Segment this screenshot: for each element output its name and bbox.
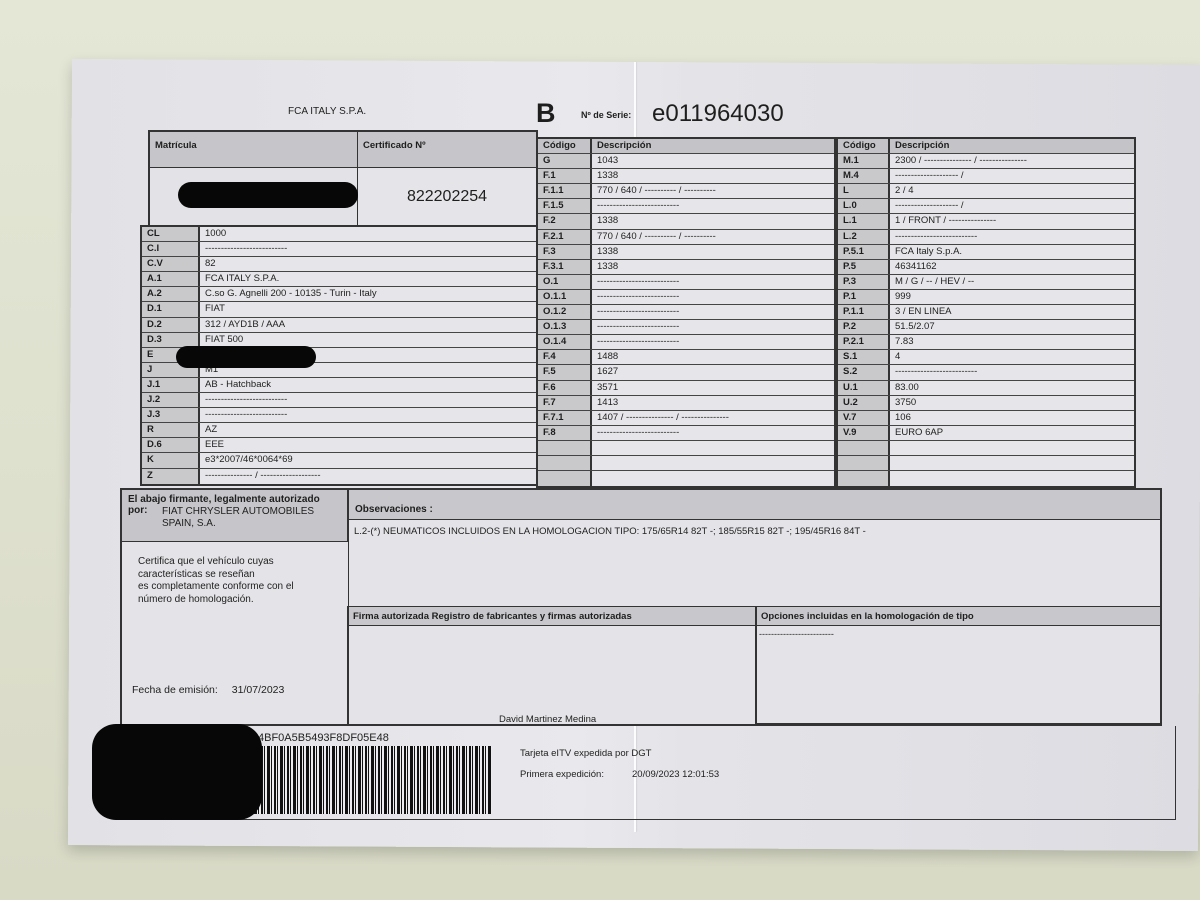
table-row: U.183.00 [838,381,1134,396]
table-row [538,456,834,471]
table-row: O.1.2-------------------------- [538,305,834,320]
table-row: F.1.5-------------------------- [538,199,834,214]
field-code: F.2 [538,214,592,228]
field-value: -------------------------- [592,199,834,213]
field-code: Z [142,469,200,484]
field-code: P.2 [838,320,890,334]
firma-label: Firma autorizada Registro de fabricantes… [347,606,757,626]
field-value [592,471,834,486]
table-row: F.63571 [538,381,834,396]
field-code: P.1 [838,290,890,304]
table-row: O.1.4-------------------------- [538,335,834,350]
table-row: V.9EURO 6AP [838,426,1134,441]
field-value: -------------------------- [200,408,536,422]
table-row: P.251.5/2.07 [838,320,1134,335]
field-value: 3571 [592,381,834,395]
field-code: L.2 [838,230,890,244]
table-row: D.6EEE [142,438,536,453]
table-row: M.12300 / --------------- / ------------… [838,154,1134,169]
field-code: V.7 [838,411,890,425]
issue-date-value: 31/07/2023 [232,684,285,696]
field-value: 83.00 [890,381,1134,395]
field-code: F.7.1 [538,411,592,425]
field-code: F.3 [538,245,592,259]
field-code: D.3 [142,333,200,347]
barcode [248,746,492,814]
field-code: P.3 [838,275,890,289]
first-issue-label: Primera expedición: [520,769,604,780]
field-code [538,441,592,455]
table-row: D.1FIAT [142,302,536,317]
matricula-value [150,168,358,225]
field-value: 1338 [592,260,834,274]
field-value: 1 / FRONT / --------------- [890,214,1134,228]
table-row: L.11 / FRONT / --------------- [838,214,1134,229]
field-value: 1338 [592,245,834,259]
certificado-value: 822202254 [358,168,536,225]
table-header-row: CódigoDescripción [838,139,1134,154]
table-row: P.5.1FCA Italy S.p.A. [838,245,1134,260]
field-value: 51.5/2.07 [890,320,1134,334]
field-code: R [142,423,200,437]
issue-date-label: Fecha de emisión: [132,684,218,696]
field-code: A.1 [142,272,200,286]
field-code: F.5 [538,365,592,379]
field-code: U.1 [838,381,890,395]
field-value [890,441,1134,455]
field-value: C.so G. Agnelli 200 - 10135 - Turin - It… [200,287,536,301]
table-row: G1043 [538,154,834,169]
field-value: EURO 6AP [890,426,1134,440]
table-row: F.3.11338 [538,260,834,275]
field-value: 2 / 4 [890,184,1134,198]
field-code: U.2 [838,396,890,410]
table-row: F.31338 [538,245,834,260]
field-value: 770 / 640 / ---------- / ---------- [592,184,834,198]
table-row: O.1.3-------------------------- [538,320,834,335]
field-code: F.4 [538,350,592,364]
column-header-code: Código [538,139,592,153]
field-code [838,471,890,486]
table-row: F.8-------------------------- [538,426,834,441]
table-row: L.0-------------------- / [838,199,1134,214]
certificado-label: Certificado Nº [358,132,536,168]
field-value: -------------------------- [200,393,536,407]
table-row: D.2312 / AYD1B / AAA [142,318,536,333]
signer-por-label: por: [128,505,147,516]
field-value: -------------------------- [592,335,834,349]
field-code: P.5.1 [838,245,890,259]
field-value: 2300 / --------------- / --------------- [890,154,1134,168]
field-value: FCA Italy S.p.A. [890,245,1134,259]
field-code: F.1.5 [538,199,592,213]
field-code: O.1.4 [538,335,592,349]
field-code: L.1 [838,214,890,228]
field-value: 7.83 [890,335,1134,349]
table-row: L.2-------------------------- [838,230,1134,245]
field-value: -------------------------- [592,305,834,319]
field-code [538,471,592,486]
opciones-value: ------------------------- [759,629,834,639]
field-code: D.6 [142,438,200,452]
table-row: U.23750 [838,396,1134,411]
table-row: F.21338 [538,214,834,229]
field-value: -------------------- / [890,169,1134,183]
field-code: CL [142,227,200,241]
table-row: F.71413 [538,396,834,411]
table-row: O.1.1-------------------------- [538,290,834,305]
table-row: M.4-------------------- / [838,169,1134,184]
field-code: K [142,453,200,467]
field-code [538,456,592,470]
table-row: P.1999 [838,290,1134,305]
table-row: Ke3*2007/46*0064*69 [142,453,536,468]
table-row: C.V82 [142,257,536,272]
field-value: EEE [200,438,536,452]
first-issue-value: 20/09/2023 12:01:53 [632,769,719,780]
table-row: Z--------------- / ------------------- [142,469,536,484]
table-row: J.3-------------------------- [142,408,536,423]
table-row [538,471,834,486]
field-value: -------------------------- [890,230,1134,244]
observaciones-label: Observaciones : [349,490,1160,520]
table-row: P.1.13 / EN LINEA [838,305,1134,320]
field-value: -------------------------- [592,426,834,440]
field-value: 1627 [592,365,834,379]
field-value: 3 / EN LINEA [890,305,1134,319]
field-code: C.V [142,257,200,271]
table-row [538,441,834,456]
field-code: F.1 [538,169,592,183]
table-row: F.11338 [538,169,834,184]
field-value [592,456,834,470]
field-code [838,441,890,455]
column-header-description: Descripción [592,139,834,153]
signer-header: El abajo firmante, legalmente autorizado… [122,490,348,542]
field-code: A.2 [142,287,200,301]
field-value: 4 [890,350,1134,364]
table-row: S.14 [838,350,1134,365]
certification-section: El abajo firmante, legalmente autorizado… [120,488,1162,726]
signer-company: FIAT CHRYSLER AUTOMOBILES SPAIN, S.A. [162,506,314,530]
field-value: 3750 [890,396,1134,410]
table-row: CL1000 [142,227,536,242]
table-row [838,456,1134,471]
serie-label: Nº de Serie: [581,110,631,120]
field-code: F.8 [538,426,592,440]
field-value: FIAT [200,302,536,316]
table-row [838,471,1134,486]
column-header-description: Descripción [890,139,1134,153]
field-code [838,456,890,470]
redaction-mark [178,182,358,208]
field-code: O.1.3 [538,320,592,334]
field-code: J.1 [142,378,200,392]
field-value: 770 / 640 / ---------- / ---------- [592,230,834,244]
table-row: O.1-------------------------- [538,275,834,290]
field-code: P.2.1 [838,335,890,349]
field-value: 46341162 [890,260,1134,274]
serie-number: e011964030 [652,100,784,128]
field-code: D.2 [142,318,200,332]
field-code: S.2 [838,365,890,379]
field-code: M.4 [838,169,890,183]
technical-table: CódigoDescripciónM.12300 / -------------… [836,137,1136,488]
table-row [838,441,1134,456]
field-value: 1338 [592,169,834,183]
field-code: O.1.2 [538,305,592,319]
field-value: e3*2007/46*0064*69 [200,453,536,467]
table-row: RAZ [142,423,536,438]
field-value: 1338 [592,214,834,228]
observaciones-text: L.2-(*) NEUMATICOS INCLUIDOS EN LA HOMOL… [354,526,866,537]
registration-header-block: Matrícula Certificado Nº 822202254 [148,130,538,227]
field-code: O.1.1 [538,290,592,304]
field-value [890,471,1134,486]
table-row: C.I-------------------------- [142,242,536,257]
field-value: M / G / -- / HEV / -- [890,275,1134,289]
matricula-label: Matrícula [150,132,358,168]
field-code: G [538,154,592,168]
field-value: 1000 [200,227,536,241]
field-value: -------------------------- [592,290,834,304]
field-value [592,441,834,455]
table-row: V.7106 [838,411,1134,426]
table-row: P.2.17.83 [838,335,1134,350]
opciones-label: Opciones incluidas en la homologación de… [755,606,1160,626]
table-row: A.1FCA ITALY S.P.A. [142,272,536,287]
table-row: A.2C.so G. Agnelli 200 - 10135 - Turin -… [142,287,536,302]
field-code: O.1 [538,275,592,289]
field-code: F.2.1 [538,230,592,244]
field-value: 312 / AYD1B / AAA [200,318,536,332]
field-code: F.6 [538,381,592,395]
field-value: -------------------------- [592,320,834,334]
field-code: M.1 [838,154,890,168]
options-area: ------------------------- [755,626,1160,724]
table-row: S.2-------------------------- [838,365,1134,380]
field-value: -------------------------- [200,242,536,256]
dimensions-table: CódigoDescripciónG1043F.11338F.1.1770 / … [536,137,836,488]
table-row: J.2-------------------------- [142,393,536,408]
field-value: AB - Hatchback [200,378,536,392]
field-code: L [838,184,890,198]
field-code: F.3.1 [538,260,592,274]
field-value: -------------------- / [890,199,1134,213]
signer-header-text: El abajo firmante, legalmente autorizado [128,494,320,505]
table-header-row: CódigoDescripción [538,139,834,154]
field-value: 1413 [592,396,834,410]
field-value: -------------------------- [890,365,1134,379]
column-header-code: Código [838,139,890,153]
barcode-text: 4BF0A5B5493F8DF05E48 [258,732,389,744]
table-row: J.1AB - Hatchback [142,378,536,393]
field-code: P.1.1 [838,305,890,319]
field-value: 999 [890,290,1134,304]
certification-statement: Certifica que el vehículo cuyas caracter… [138,556,294,606]
signature-area: David Martinez Medina [347,626,757,726]
redaction-mark [92,724,262,820]
field-value: FIAT 500 [200,333,536,347]
eitv-issuer: Tarjeta eITV expedida por DGT [520,748,651,759]
table-row: F.41488 [538,350,834,365]
field-value: AZ [200,423,536,437]
signatory-name: David Martinez Medina [499,714,596,725]
field-value: --------------- / ------------------- [200,469,536,484]
redaction-mark [176,346,316,368]
field-code: C.I [142,242,200,256]
card-type-letter: B [536,98,556,129]
table-row: P.546341162 [838,260,1134,275]
issue-date: Fecha de emisión:31/07/2023 [132,684,284,696]
field-code: V.9 [838,426,890,440]
field-value: 1488 [592,350,834,364]
field-value: 1043 [592,154,834,168]
field-code: J.3 [142,408,200,422]
field-code: J.2 [142,393,200,407]
table-row: L2 / 4 [838,184,1134,199]
table-row: F.7.11407 / --------------- / ----------… [538,411,834,426]
field-code: F.1.1 [538,184,592,198]
field-code: F.7 [538,396,592,410]
field-value: 106 [890,411,1134,425]
field-value: 1407 / --------------- / --------------- [592,411,834,425]
table-row: F.51627 [538,365,834,380]
field-code: P.5 [838,260,890,274]
field-code: D.1 [142,302,200,316]
field-code: L.0 [838,199,890,213]
field-value: 82 [200,257,536,271]
field-value: -------------------------- [592,275,834,289]
table-row: P.3M / G / -- / HEV / -- [838,275,1134,290]
field-value: FCA ITALY S.P.A. [200,272,536,286]
table-row: F.2.1770 / 640 / ---------- / ---------- [538,230,834,245]
field-code: S.1 [838,350,890,364]
issuer-company: FCA ITALY S.P.A. [288,106,366,117]
field-value [890,456,1134,470]
table-row: F.1.1770 / 640 / ---------- / ---------- [538,184,834,199]
